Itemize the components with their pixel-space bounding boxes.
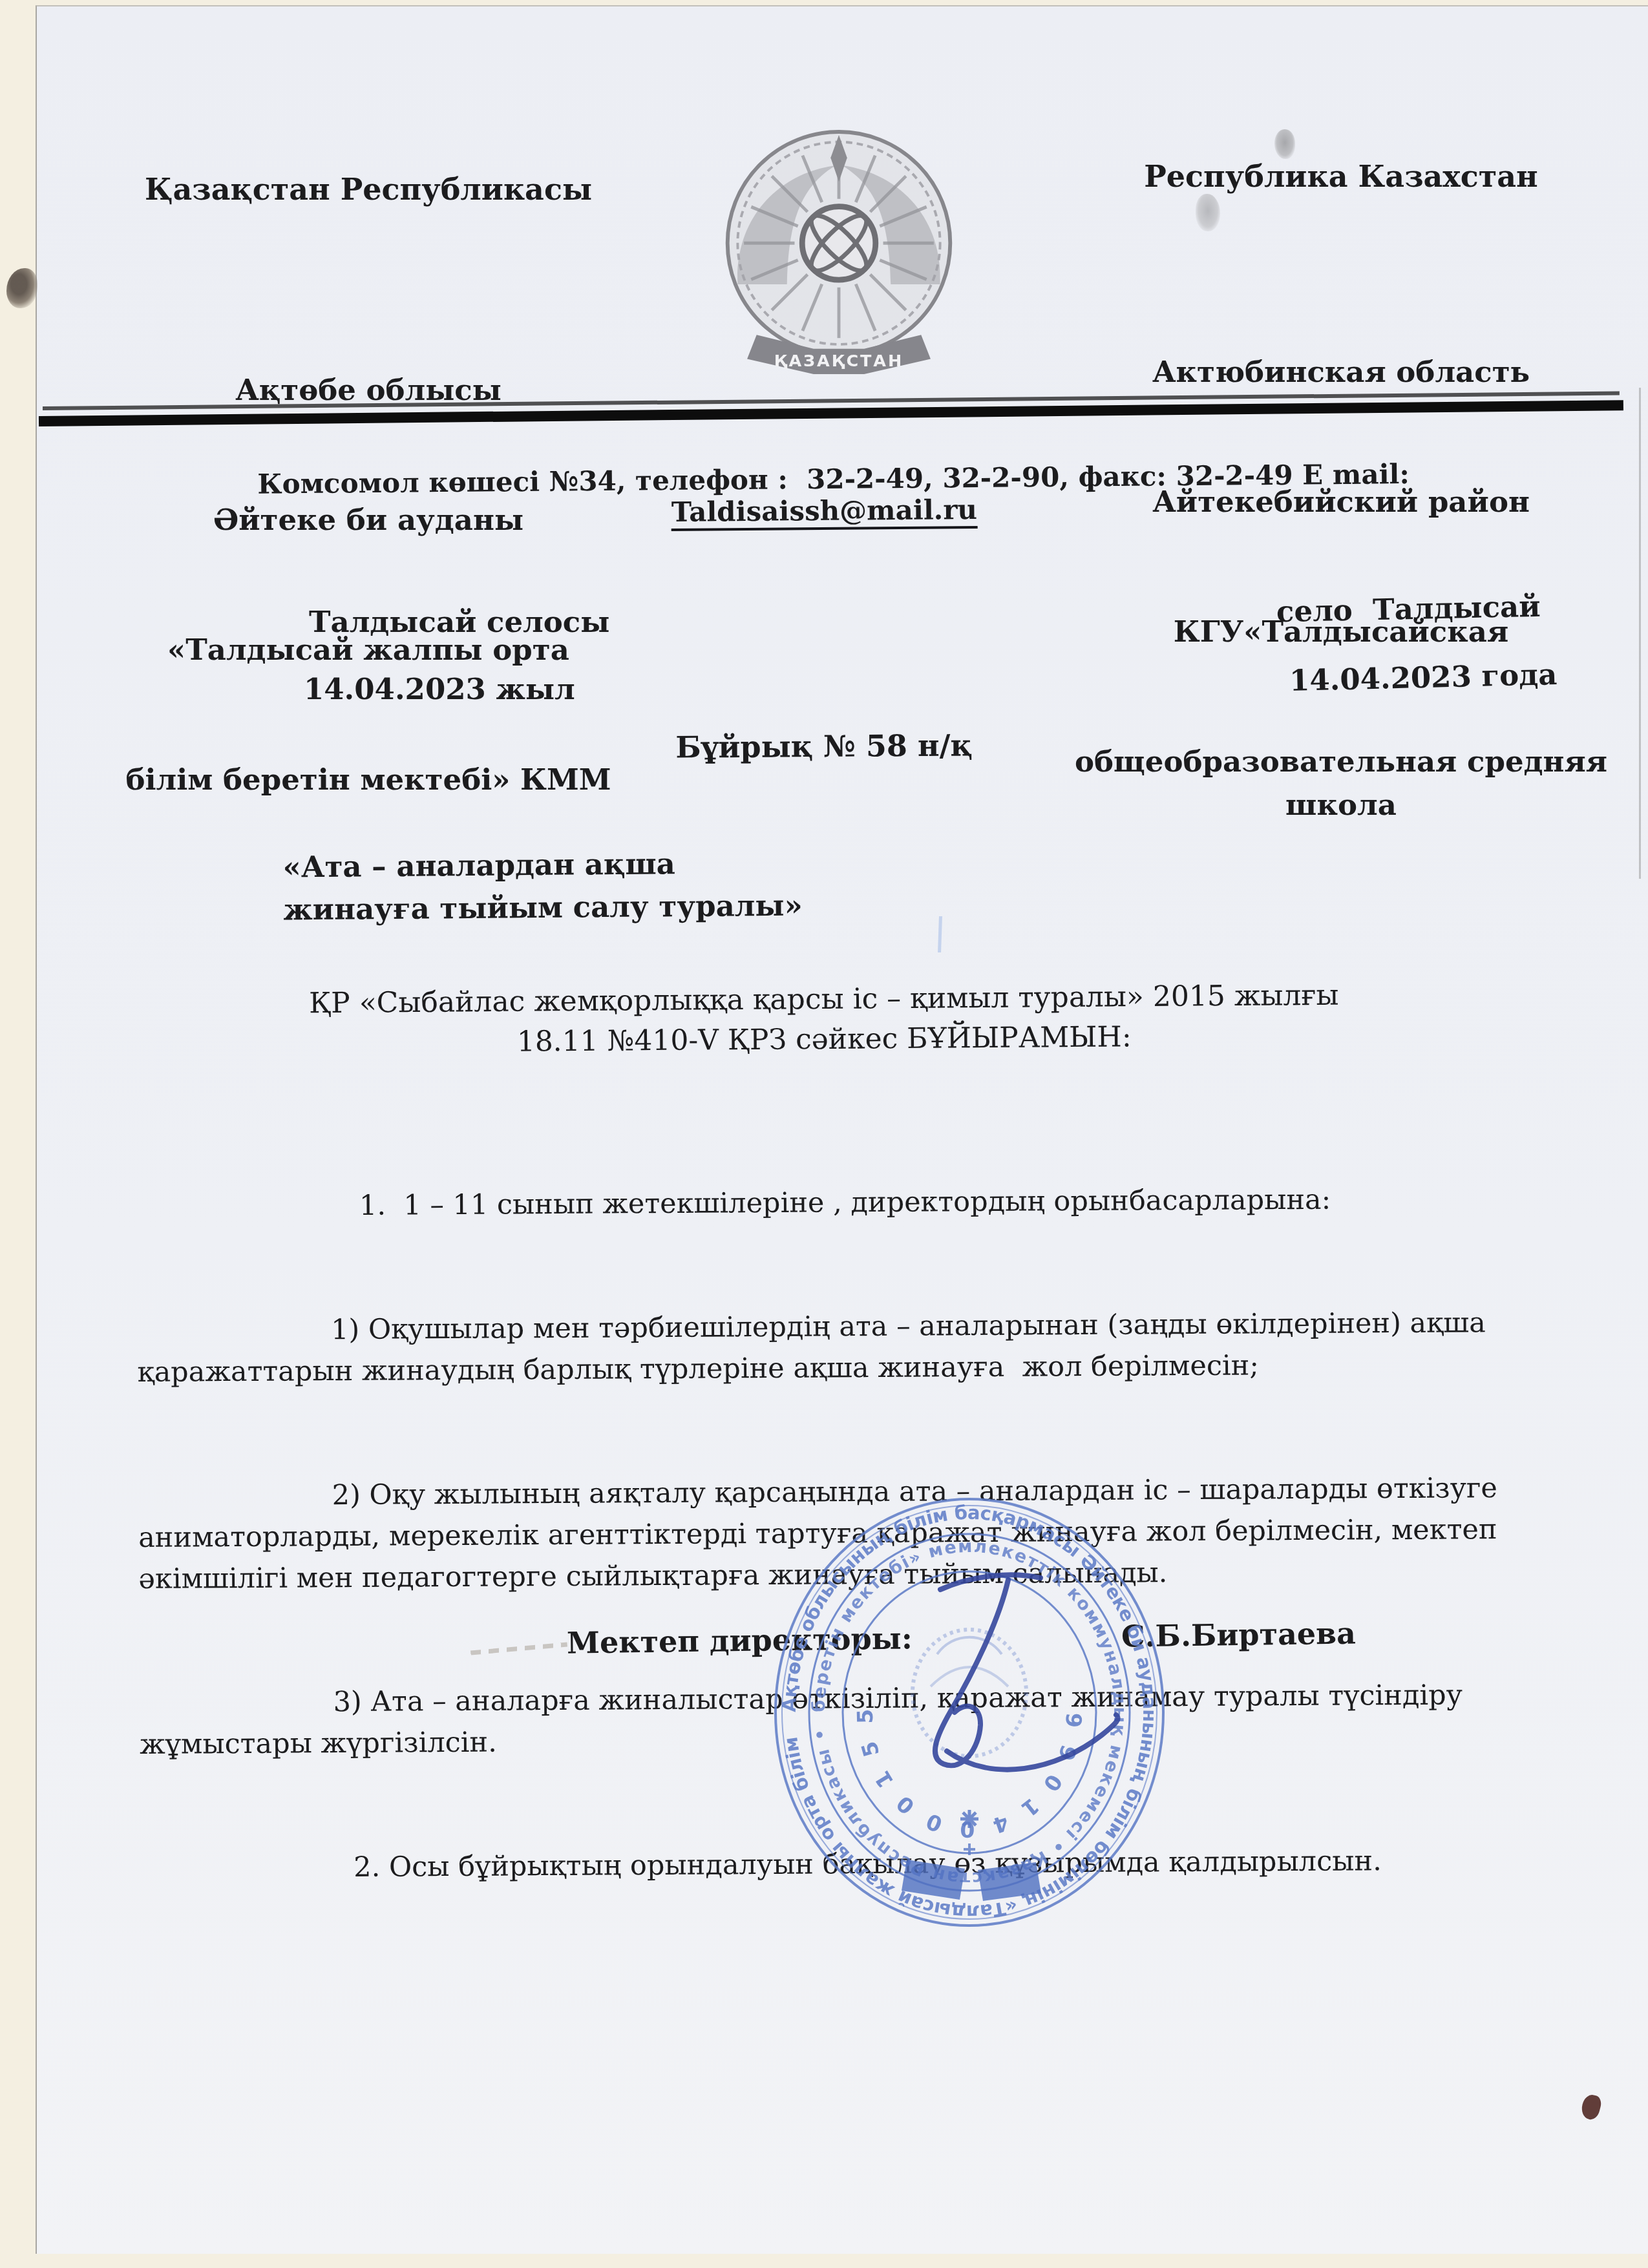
header-right-block: Республика Казахстан Актюбинская область… (1034, 134, 1648, 925)
place-kk: Талдысай селосы (309, 605, 609, 639)
svg-text:990140001559: 990140001559 (714, 1493, 1086, 1842)
svg-text:Ақтөбе облысының білім басқарм: Ақтөбе облысының білім басқармасы Әйтеке… (778, 1502, 1161, 1923)
gray-smudge-top-right-2 (1196, 194, 1220, 231)
kazakhstan-emblem: ҚАЗАҚСТАН (719, 124, 959, 384)
scanned-order-document: { "colors": { "paper": "#eef0f5", "scann… (0, 0, 1648, 2268)
date-ru: 14.04.2023 года (1289, 657, 1557, 698)
header-right-region: Актюбинская область (1034, 350, 1648, 394)
place-ru: село Талдысай (1276, 589, 1541, 629)
stamp-star-icon (960, 1810, 978, 1828)
ink-smudge-left-margin (6, 268, 37, 308)
contact-address-phone: Комсомол көшесі №34, телефон : 32-2-49, … (257, 458, 1419, 500)
order-subitem-1: 1) Оқушылар мен тәрбиешілердің ата – ана… (137, 1301, 1566, 1392)
order-subject: «Ата – аналардан ақша жинауға тыйым салу… (282, 841, 803, 931)
order-item-1: 1. 1 – 11 сынып жетекшілеріне , директор… (136, 1177, 1565, 1227)
header-left-country: Қазақстан Республикасы (110, 172, 627, 207)
gray-smudge-top-right-1 (1274, 129, 1295, 159)
date-kk: 14.04.2023 жыл (304, 672, 575, 706)
order-preamble: ҚР «Сыбайлас жемқорлыққа қарсы іс – қимы… (97, 974, 1552, 1066)
stamp-registration-number: 990140001559 (714, 1493, 1086, 1842)
official-stamp: Ақтөбе облысының білім басқармасы Әйтеке… (714, 1493, 1425, 1986)
stamp-outer-ring-text: Ақтөбе облысының білім басқармасы Әйтеке… (778, 1502, 1161, 1923)
header-right-country: Республика Казахстан (1034, 159, 1648, 194)
contact-line: Комсомол көшесі №34, телефон : 32-2-49, … (96, 425, 1551, 533)
contact-email: Taldisaissh@mail.ru (671, 494, 978, 531)
scan-edge-line (1639, 388, 1641, 879)
emblem-banner-text: ҚАЗАҚСТАН (774, 352, 903, 371)
